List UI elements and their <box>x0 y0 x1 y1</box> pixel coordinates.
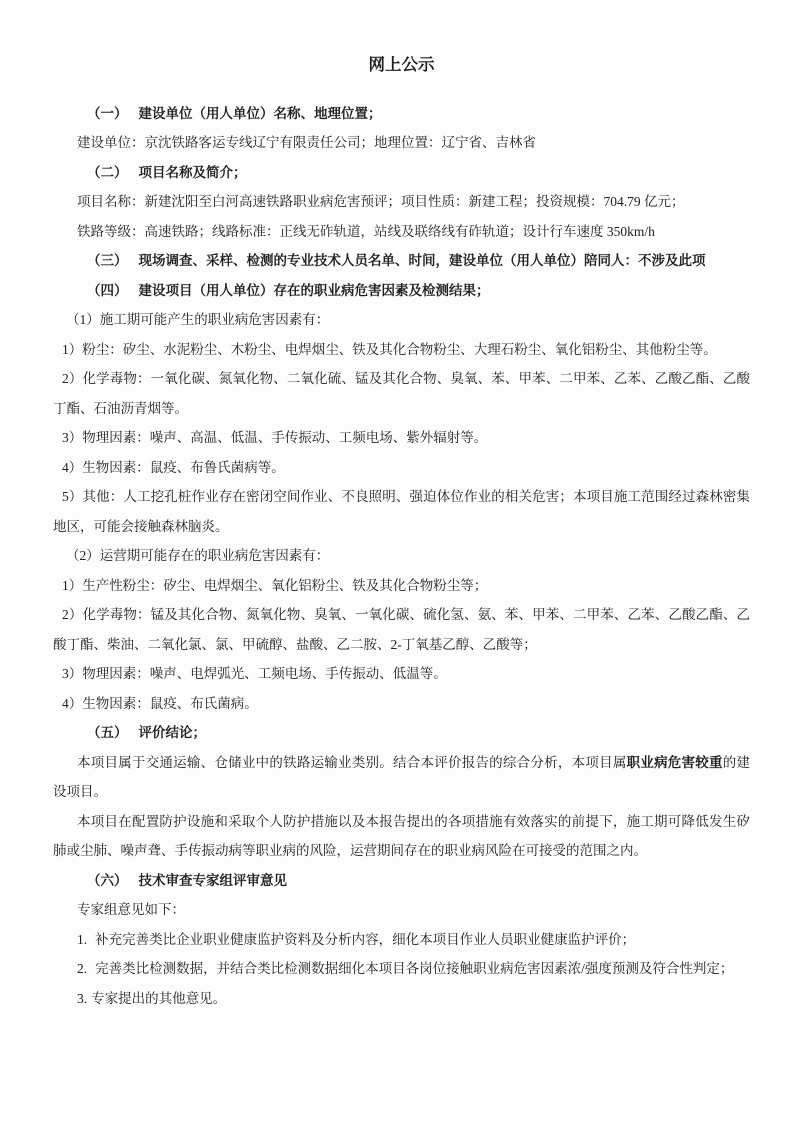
expert-opinion-3-text: 专家提出的其他意见。 <box>91 991 226 1006</box>
expert-opinion-item-3: 3.专家提出的其他意见。 <box>53 984 750 1014</box>
document-title: 网上公示 <box>53 50 750 80</box>
operation-phase-intro: （2）运营期可能存在的职业病危害因素有： <box>53 541 750 571</box>
section-1-title: 建设单位（用人单位）名称、地理位置； <box>139 106 382 121</box>
expert-opinion-1-number: 1. <box>77 932 87 947</box>
expert-opinion-1-text: 补充完善类比企业职业健康监护资料及分析内容，细化本项目作业人员职业健康监护评价； <box>95 932 635 947</box>
section-2-title: 项目名称及简介； <box>139 165 247 180</box>
conclusion-paragraph-1: 本项目属于交通运输、仓储业中的铁路运输业类别。结合本评价报告的综合分析，本项目属… <box>53 748 750 807</box>
section-2-number: （二） <box>87 165 128 180</box>
conclusion-severity-emphasis: 职业病危害较重 <box>627 755 723 770</box>
operation-item-biological: 4）生物因素：鼠疫、布氏菌病。 <box>53 689 750 719</box>
section-1-body: 建设单位：京沈铁路客运专线辽宁有限责任公司；地理位置：辽宁省、吉林省 <box>53 128 750 158</box>
conclusion-paragraph-2: 本项目在配置防护设施和采取个人防护措施以及本报告提出的各项措施有效落实的前提下，… <box>53 807 750 866</box>
section-3-title: 现场调查、采样、检测的专业技术人员名单、时间，建设单位（用人单位）陪同人：不涉及… <box>139 253 706 268</box>
section-5-number: （五） <box>87 725 128 740</box>
expert-opinion-2-number: 2. <box>77 961 87 976</box>
section-5-heading: （五）评价结论； <box>53 718 750 748</box>
expert-opinion-3-number: 3. <box>77 991 87 1006</box>
section-1-heading: （一）建设单位（用人单位）名称、地理位置； <box>53 99 750 129</box>
operation-item-physical: 3）物理因素：噪声、电焊弧光、工频电场、手传振动、低温等。 <box>53 659 750 689</box>
construction-item-other: 5）其他：人工挖孔桩作业存在密闭空间作业、不良照明、强迫体位作业的相关危害；本项… <box>53 482 750 541</box>
section-2-body-line-1: 项目名称：新建沈阳至白河高速铁路职业病危害预评；项目性质：新建工程；投资规模：7… <box>53 187 750 217</box>
construction-item-physical: 3）物理因素：噪声、高温、低温、手传振动、工频电场、紫外辐射等。 <box>53 423 750 453</box>
section-6-number: （六） <box>87 873 128 888</box>
section-2-heading: （二）项目名称及简介； <box>53 158 750 188</box>
section-6-heading: （六）技术审查专家组评审意见 <box>53 866 750 896</box>
section-4-number: （四） <box>87 283 128 298</box>
construction-item-chemicals: 2）化学毒物：一氧化碳、氮氧化物、二氧化硫、锰及其化合物、臭氧、苯、甲苯、二甲苯… <box>53 364 750 423</box>
section-2-body-line-2: 铁路等级：高速铁路；线路标准：正线无砟轨道，站线及联络线有砟轨道；设计行车速度 … <box>53 217 750 247</box>
operation-item-dust: 1）生产性粉尘：矽尘、电焊烟尘、氧化铝粉尘、铁及其化合物粉尘等； <box>53 571 750 601</box>
section-1-number: （一） <box>87 106 128 121</box>
operation-item-chemicals: 2）化学毒物：锰及其化合物、氮氧化物、臭氧、一氧化碳、硫化氢、氨、苯、甲苯、二甲… <box>53 600 750 659</box>
expert-opinion-item-1: 1.补充完善类比企业职业健康监护资料及分析内容，细化本项目作业人员职业健康监护评… <box>53 925 750 955</box>
expert-opinions-intro: 专家组意见如下： <box>53 895 750 925</box>
expert-opinion-2-text: 完善类比检测数据，并结合类比检测数据细化本项目各岗位接触职业病危害因素浓/强度预… <box>95 961 733 976</box>
section-3-heading: （三）现场调查、采样、检测的专业技术人员名单、时间，建设单位（用人单位）陪同人：… <box>53 246 750 276</box>
document-page: 网上公示 （一）建设单位（用人单位）名称、地理位置； 建设单位：京沈铁路客运专线… <box>0 0 800 1131</box>
section-5-title: 评价结论； <box>139 725 207 740</box>
section-3-number: （三） <box>87 253 128 268</box>
construction-item-dust: 1）粉尘：矽尘、水泥粉尘、木粉尘、电焊烟尘、铁及其化合物粉尘、大理石粉尘、氧化铝… <box>53 335 750 365</box>
section-6-title: 技术审查专家组评审意见 <box>139 873 288 888</box>
section-4-heading: （四）建设项目（用人单位）存在的职业病危害因素及检测结果； <box>53 276 750 306</box>
expert-opinion-item-2: 2.完善类比检测数据，并结合类比检测数据细化本项目各岗位接触职业病危害因素浓/强… <box>53 954 750 984</box>
construction-phase-intro: （1）施工期可能产生的职业病危害因素有： <box>53 305 750 335</box>
section-4-title: 建设项目（用人单位）存在的职业病危害因素及检测结果； <box>139 283 490 298</box>
conclusion-text-pre: 本项目属于交通运输、仓储业中的铁路运输业类别。结合本评价报告的综合分析，本项目属 <box>77 755 627 770</box>
construction-item-biological: 4）生物因素：鼠疫、布鲁氏菌病等。 <box>53 453 750 483</box>
